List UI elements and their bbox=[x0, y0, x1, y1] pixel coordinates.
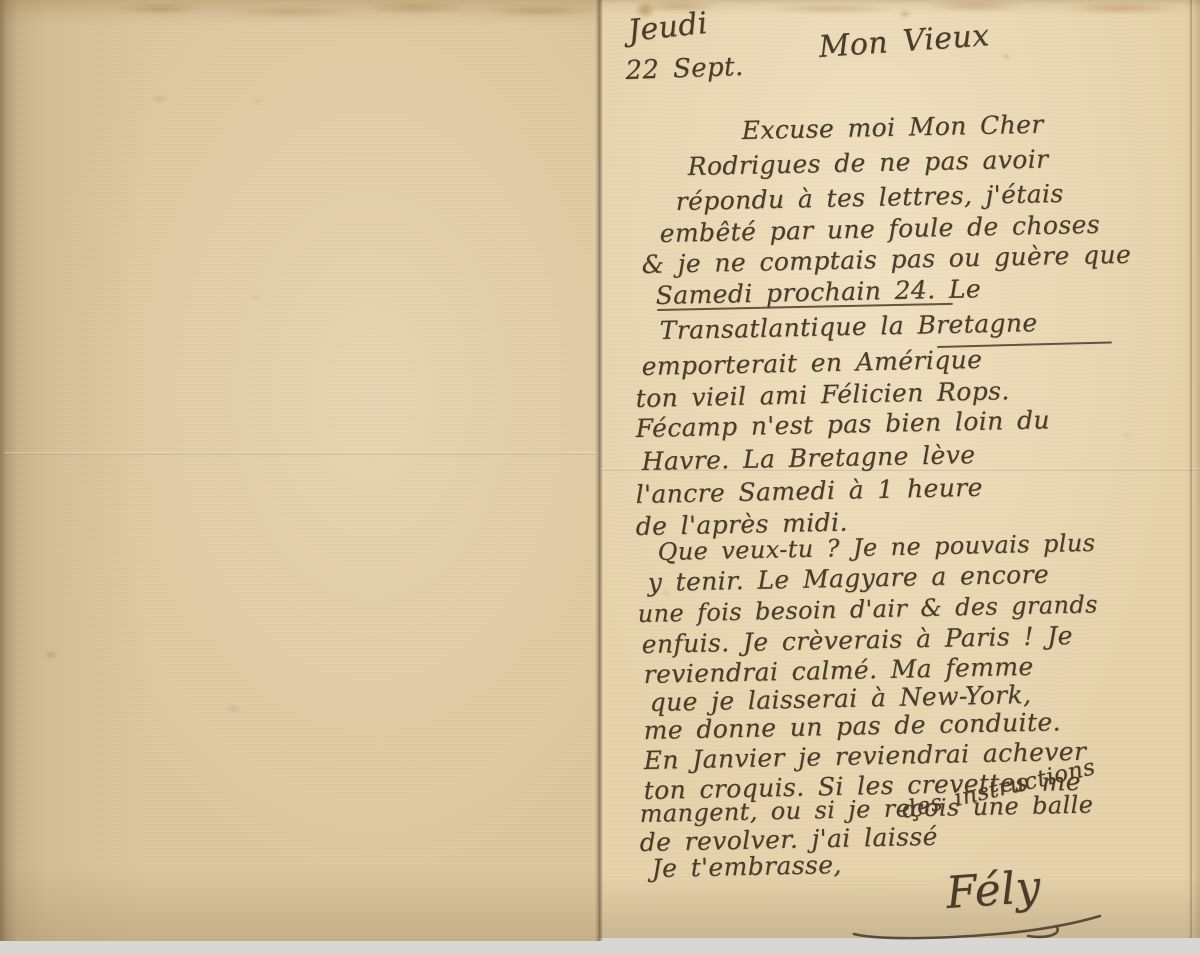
letter-closing: Je t'embrasse, bbox=[651, 850, 842, 883]
center-fold bbox=[595, 0, 603, 941]
letter-page-left-blank bbox=[0, 0, 599, 941]
letter-date-number: 22 Sept. bbox=[625, 52, 744, 86]
right-edge-crease bbox=[1190, 0, 1192, 938]
signature-flourish bbox=[848, 912, 1108, 942]
scanned-handwritten-letter: Jeudi 22 Sept. Mon Vieux Excuse moi Mon … bbox=[0, 0, 1200, 954]
letter-signature: Fély bbox=[944, 862, 1042, 919]
